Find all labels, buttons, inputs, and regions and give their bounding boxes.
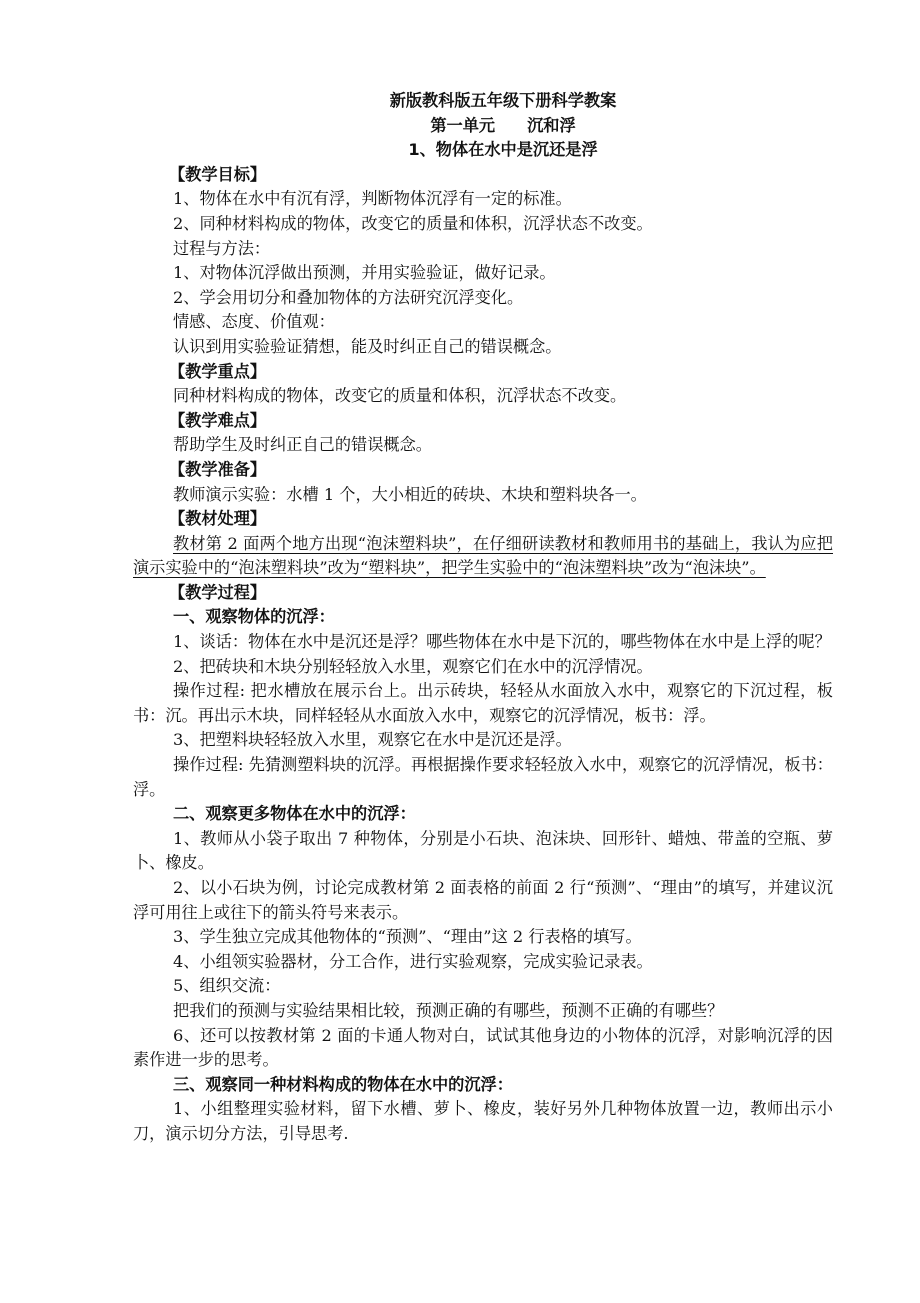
unit-label: 第一单元	[430, 116, 495, 135]
unit-name: 沉和浮	[527, 116, 576, 135]
part1-paragraph: 3、把塑料块轻轻放入水里，观察它在水中是沉还是浮。	[133, 728, 833, 753]
part1-heading: 一、观察物体的沉浮：	[133, 605, 833, 630]
process-heading: 【教学过程】	[133, 581, 833, 606]
objective-line: 1、对物体沉浮做出预测，并用实验验证，做好记录。	[133, 261, 833, 286]
material-handling-text: 教材第 2 面两个地方出现“泡沫塑料块”，在仔细研读教材和教师用书的基础上，我认…	[133, 532, 833, 581]
part1-paragraph: 操作过程: 先猜测塑料块的沉浮。再根据操作要求轻轻放入水中，观察它的沉浮情况，板…	[133, 753, 833, 802]
key-points-text: 同种材料构成的物体，改变它的质量和体积，沉浮状态不改变。	[133, 384, 833, 409]
lesson-title: 1、物体在水中是沉还是浮	[173, 138, 833, 163]
objective-line: 1、物体在水中有沉有浮，判断物体沉浮有一定的标准。	[133, 187, 833, 212]
part1-paragraph: 1、谈话：物体在水中是沉还是浮？哪些物体在水中是下沉的，哪些物体在水中是上浮的呢…	[133, 630, 833, 655]
part2-paragraph: 把我们的预测与实验结果相比较，预测正确的有哪些，预测不正确的有哪些？	[133, 999, 833, 1024]
part1-paragraph: 操作过程: 把水槽放在展示台上。出示砖块，轻轻从水面放入水中，观察它的下沉过程，…	[133, 679, 833, 728]
document-title: 新版教科版五年级下册科学教案	[173, 89, 833, 114]
part3-paragraph: 1、小组整理实验材料，留下水槽、萝卜、橡皮，装好另外几种物体放置一边，教师出示小…	[133, 1097, 833, 1146]
part1-paragraph: 2、把砖块和木块分别轻轻放入水里，观察它们在水中的沉浮情况。	[133, 655, 833, 680]
document-page: 新版教科版五年级下册科学教案 第一单元沉和浮 1、物体在水中是沉还是浮 【教学目…	[133, 89, 833, 1147]
objective-subheading: 过程与方法：	[133, 237, 833, 262]
part2-paragraph: 1、教师从小袋子取出 7 种物体，分别是小石块、泡沫块、回形针、蜡烛、带盖的空瓶…	[133, 827, 833, 876]
key-points-heading: 【教学重点】	[133, 360, 833, 385]
unit-title: 第一单元沉和浮	[173, 114, 833, 139]
difficulties-text: 帮助学生及时纠正自己的错误概念。	[133, 433, 833, 458]
part2-paragraph: 4、小组领实验器材，分工合作，进行实验观察，完成实验记录表。	[133, 950, 833, 975]
part2-paragraph: 2、以小石块为例，讨论完成教材第 2 面表格的前面 2 行“预测”、“理由”的填…	[133, 876, 833, 925]
objective-line: 2、学会用切分和叠加物体的方法研究沉浮变化。	[133, 286, 833, 311]
objectives-heading: 【教学目标】	[133, 163, 833, 188]
part2-paragraph: 6、还可以按教材第 2 面的卡通人物对白，试试其他身边的小物体的沉浮，对影响沉浮…	[133, 1024, 833, 1073]
preparation-text: 教师演示实验：水槽 1 个，大小相近的砖块、木块和塑料块各一。	[133, 483, 833, 508]
objective-line: 2、同种材料构成的物体，改变它的质量和体积，沉浮状态不改变。	[133, 212, 833, 237]
material-handling-heading: 【教材处理】	[133, 507, 833, 532]
part2-heading: 二、观察更多物体在水中的沉浮：	[133, 802, 833, 827]
objective-line: 认识到用实验验证猜想，能及时纠正自己的错误概念。	[133, 335, 833, 360]
part2-paragraph: 5、组织交流：	[133, 974, 833, 999]
difficulties-heading: 【教学难点】	[133, 409, 833, 434]
part2-paragraph: 3、学生独立完成其他物体的“预测”、“理由”这 2 行表格的填写。	[133, 925, 833, 950]
objective-subheading: 情感、态度、价值观：	[133, 310, 833, 335]
part3-heading: 三、观察同一种材料构成的物体在水中的沉浮：	[133, 1073, 833, 1098]
preparation-heading: 【教学准备】	[133, 458, 833, 483]
